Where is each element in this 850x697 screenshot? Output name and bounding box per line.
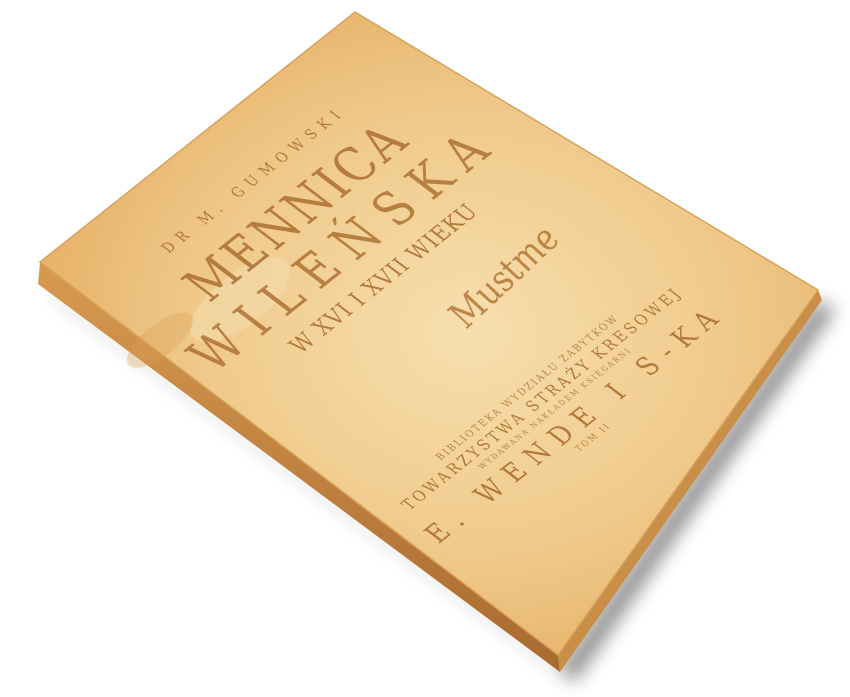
publisher-note: WYDAWANA NAKŁADEM KSIĘGARNI — [394, 281, 717, 537]
publisher: E. WENDE I S-KA — [404, 289, 746, 559]
series-line-2: TOWARZYSTWA STRAŻY KRESOWEJ — [378, 268, 708, 530]
book-photo: DR M. GUMOWSKI MENNICA WILEŃSKA W XVI I … — [0, 0, 850, 697]
